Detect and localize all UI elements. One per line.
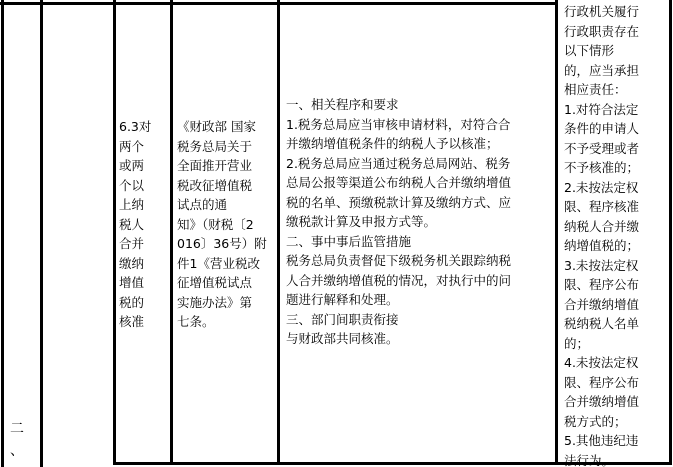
- column-border-4: [170, 0, 173, 465]
- liability-line: 限、程序核准: [564, 197, 639, 217]
- item-name-cell: 6.3对 两个 或两 个以 上纳 税人 合并 缴纳 增值 税的 核准: [119, 117, 151, 332]
- liability-line: 以下情形: [564, 41, 639, 61]
- liability-line: 5.其他违纪违: [564, 431, 639, 451]
- liability-cell: 行政机关履行 行政职责存在 以下情形 的，应当承担 相应责任： 1.对符合法定 …: [564, 2, 639, 467]
- item-name-line: 或两: [119, 156, 151, 176]
- column-border-3: [113, 0, 116, 465]
- item-name-line: 税人: [119, 215, 151, 235]
- liability-line: 不予核准的；: [564, 158, 639, 178]
- liability-line: 3.未按法定权: [564, 256, 639, 276]
- procedures-line: 二、事中事后监管措施: [286, 232, 511, 252]
- row-index-char: 、: [10, 440, 24, 462]
- procedures-line: 题进行解释和处理。: [286, 290, 511, 310]
- procedures-line: 税务总局负责督促下级税务机关跟踪纳税: [286, 251, 511, 271]
- category-cell: [44, 6, 112, 462]
- liability-line: 的，应当承担: [564, 61, 639, 81]
- procedures-line: 人合并缴纳增值税的情况，对执行中的问: [286, 271, 511, 291]
- legal-basis-line: 税改征增值税: [177, 176, 267, 196]
- legal-basis-line: 件1《营业税改: [177, 254, 267, 274]
- liability-line: 税方式的；: [564, 412, 639, 432]
- liability-line: 合并缴纳增值: [564, 295, 639, 315]
- item-name-line: 合并: [119, 234, 151, 254]
- item-name-line: 6.3对: [119, 117, 151, 137]
- liability-line: 不予受理或者: [564, 139, 639, 159]
- liability-line: 限、程序公布: [564, 373, 639, 393]
- item-name-line: 核准: [119, 312, 151, 332]
- item-name-line: 个以: [119, 176, 151, 196]
- legal-basis-line: 七条。: [177, 312, 267, 332]
- procedures-line: 三、部门间职责衔接: [286, 310, 511, 330]
- legal-basis-line: 征增值税试点: [177, 273, 267, 293]
- liability-line: 4.未按法定权: [564, 353, 639, 373]
- column-border-1: [1, 0, 4, 467]
- legal-basis-line: 试点的通: [177, 195, 267, 215]
- liability-line: 合并缴纳增值: [564, 392, 639, 412]
- procedures-line: 缴税款计算及申报方式等。: [286, 212, 511, 232]
- legal-basis-line: 全面推开营业: [177, 156, 267, 176]
- liability-line: 的；: [564, 334, 639, 354]
- item-name-line: 增值: [119, 273, 151, 293]
- item-name-line: 税的: [119, 293, 151, 313]
- row-index-cell: 二 、: [10, 418, 24, 462]
- procedures-line: 1.税务总局应当审核申请材料，对符合合: [286, 115, 511, 135]
- liability-line: 行政机关履行: [564, 2, 639, 22]
- legal-basis-line: 016〕36号）附: [177, 234, 267, 254]
- column-border-7: [669, 0, 672, 465]
- procedures-cell: 一、相关程序和要求 1.税务总局应当审核申请材料，对符合合 并缴纳增值税条件的纳…: [286, 95, 511, 349]
- procedures-line: 一、相关程序和要求: [286, 95, 511, 115]
- item-name-line: 两个: [119, 137, 151, 157]
- legal-basis-cell: 《财政部 国家 税务总局关于 全面推开营业 税改征增值税 试点的通 知》（财税〔…: [177, 117, 267, 332]
- column-border-5: [277, 0, 280, 465]
- liability-line: 行政职责存在: [564, 22, 639, 42]
- procedures-line: 与财政部共同核准。: [286, 329, 511, 349]
- procedures-line: 并缴纳增值税条件的纳税人予以核准；: [286, 134, 511, 154]
- legal-basis-line: 知》（财税〔2: [177, 215, 267, 235]
- column-border-2: [40, 0, 43, 467]
- liability-line: 限、程序公布: [564, 275, 639, 295]
- liability-line: 税纳税人名单: [564, 314, 639, 334]
- procedures-line: 总局公报等渠道公布纳税人合并缴纳增值: [286, 173, 511, 193]
- procedures-line: 税的名单、预缴税款计算及缴纳方式、应: [286, 193, 511, 213]
- liability-line: 法行为。: [564, 451, 639, 467]
- legal-basis-line: 实施办法》第: [177, 293, 267, 313]
- procedures-line: 2.税务总局应当通过税务总局网站、税务: [286, 154, 511, 174]
- liability-line: 纳增值税的；: [564, 236, 639, 256]
- item-name-line: 缴纳: [119, 254, 151, 274]
- liability-line: 1.对符合法定: [564, 100, 639, 120]
- liability-line: 相应责任：: [564, 80, 639, 100]
- row-index-char: 二: [10, 418, 24, 440]
- column-border-6: [555, 0, 558, 465]
- legal-basis-line: 《财政部 国家: [177, 117, 267, 137]
- liability-line: 2.未按法定权: [564, 178, 639, 198]
- liability-line: 纳税人合并缴: [564, 217, 639, 237]
- liability-line: 条件的申请人: [564, 119, 639, 139]
- legal-basis-line: 税务总局关于: [177, 137, 267, 157]
- item-name-line: 上纳: [119, 195, 151, 215]
